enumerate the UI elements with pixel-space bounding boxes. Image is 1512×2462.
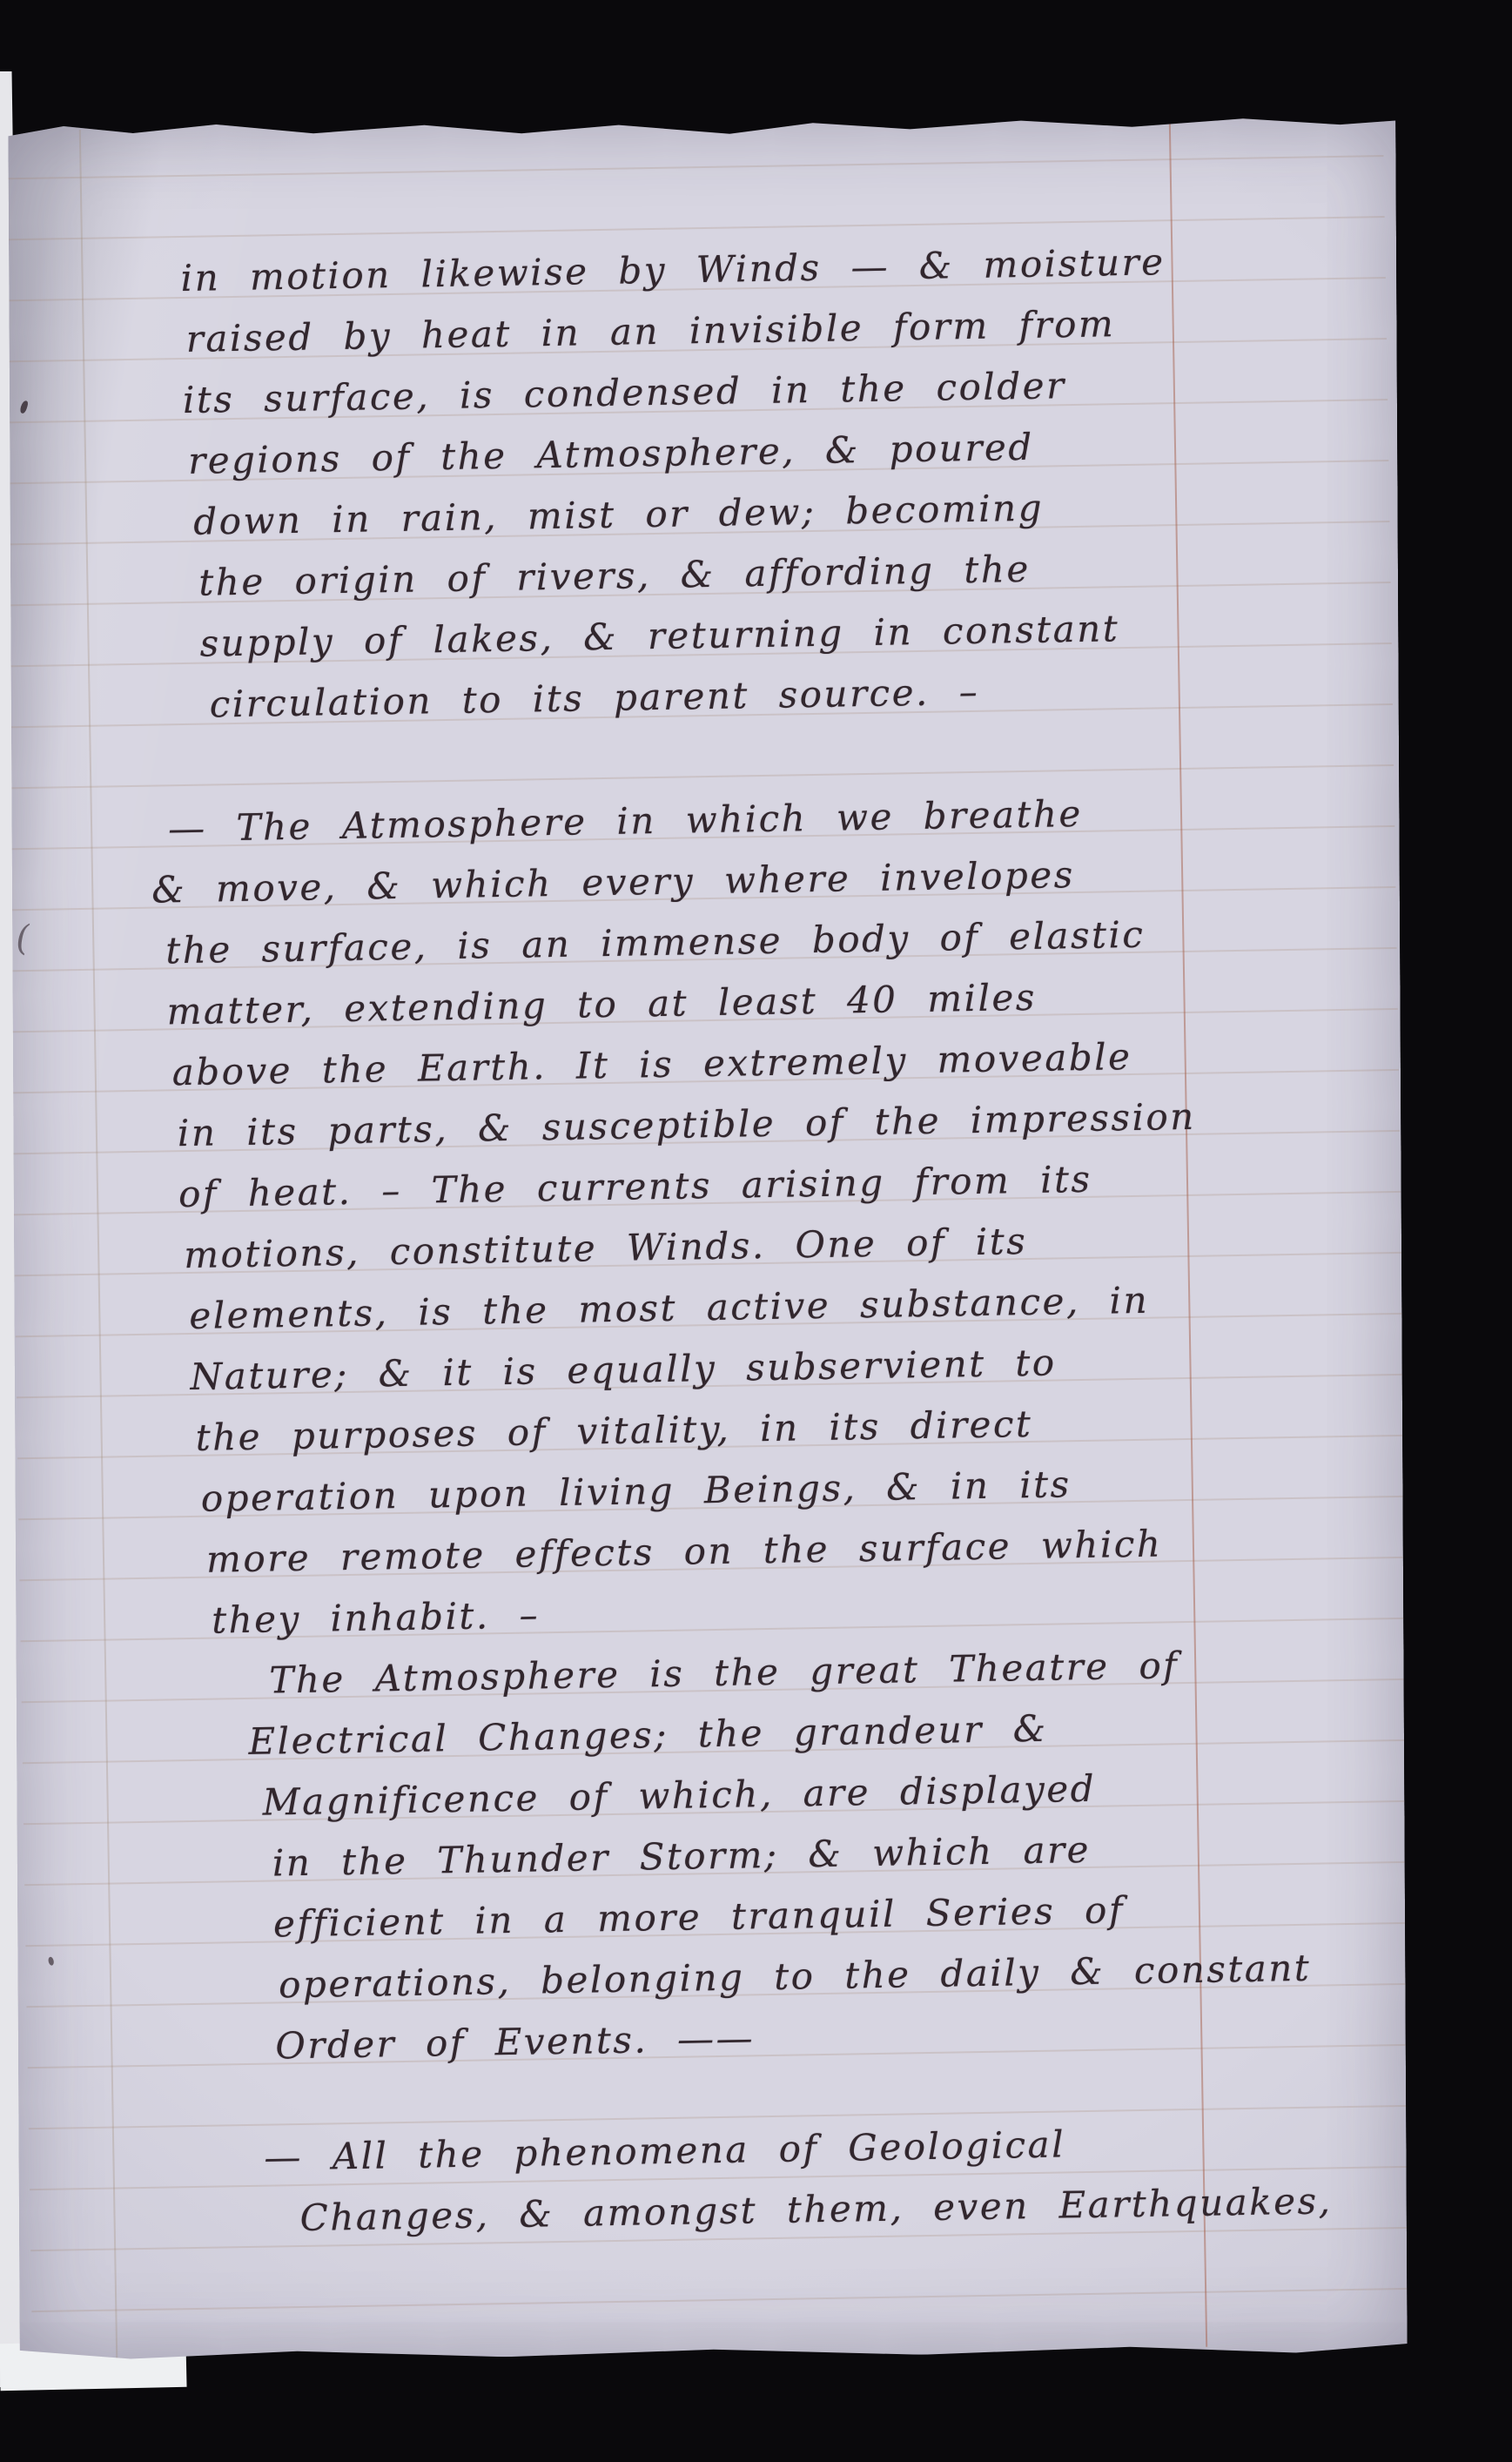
manuscript-page: ( in motion likewise by Winds — & moistu… [8, 117, 1407, 2359]
sheet-content: ( in motion likewise by Winds — & moistu… [0, 108, 1420, 2366]
photograph-background: { "colors": { "background": "#0a090c", "… [0, 0, 1512, 2462]
handwriting-layer: in motion likewise by Winds — & moisture… [0, 108, 1420, 2366]
handwriting-paragraph: — The Atmosphere in which we breathe& mo… [7, 778, 1408, 1654]
handwriting-paragraph: — All the phenomena of GeologicalChanges… [29, 2109, 1418, 2253]
handwriting-paragraph: The Atmosphere is the great Theatre ofEl… [21, 1631, 1415, 2081]
handwriting-paragraph: in motion likewise by Winds — & moisture… [0, 228, 1393, 738]
